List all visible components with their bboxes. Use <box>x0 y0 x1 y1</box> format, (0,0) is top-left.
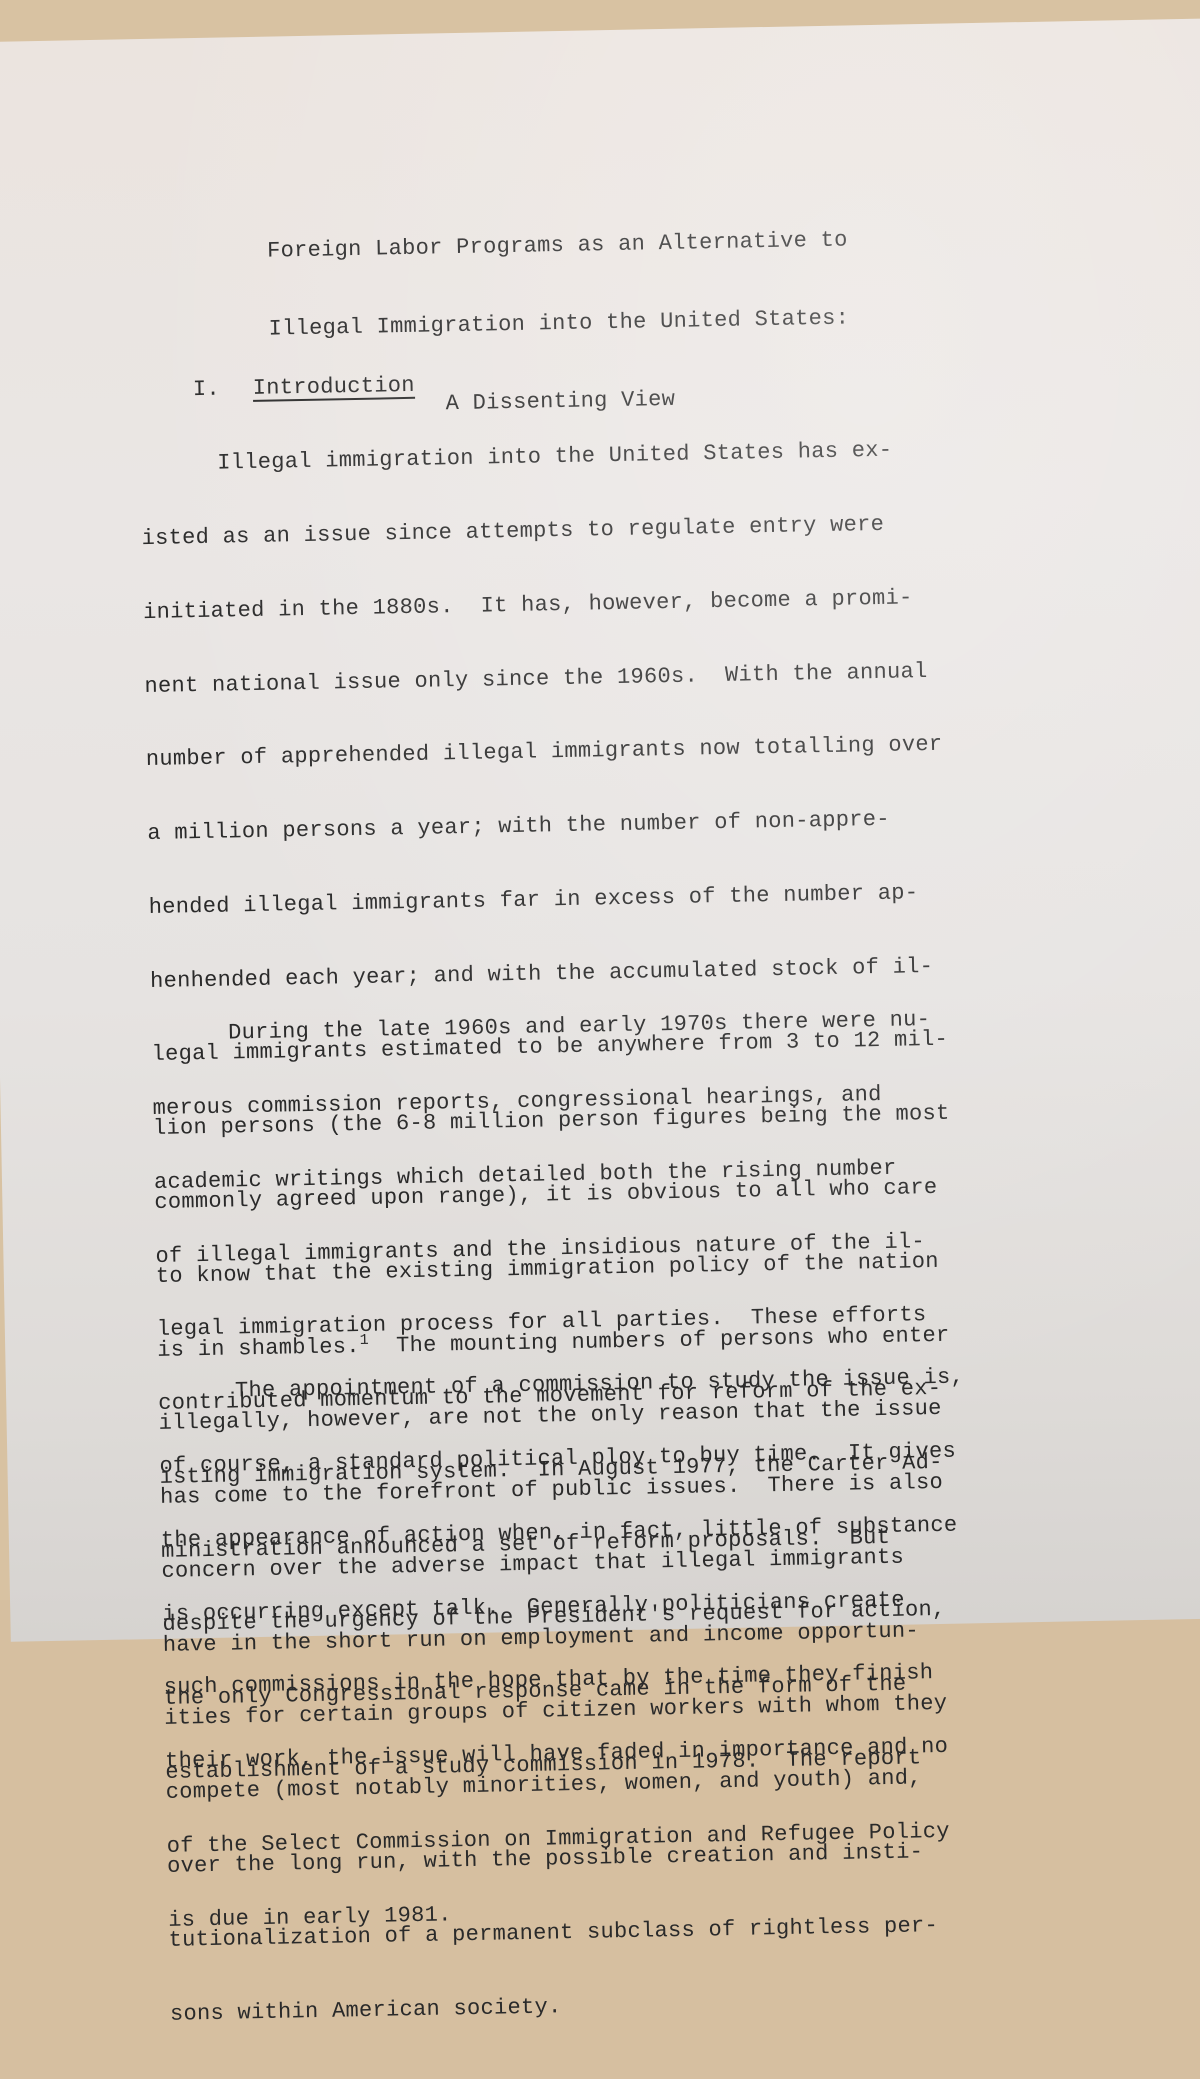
section-title: Introduction <box>253 373 415 401</box>
text-line: isted as an issue since attempts to regu… <box>141 512 938 552</box>
text-line: During the late 1960s and early 1970s th… <box>151 1008 934 1048</box>
text-line: of illegal immigrants and the insidious … <box>155 1229 938 1269</box>
text-line: number of apprehended illegal immigrants… <box>146 733 943 773</box>
text-line: Illegal immigration into the United Stat… <box>140 438 937 478</box>
document-page: Foreign Labor Programs as an Alternative… <box>0 18 1200 1600</box>
title-line-2: Illegal Immigration into the United Stat… <box>268 305 849 342</box>
text-line: a million persons a year; with the numbe… <box>147 807 944 847</box>
section-number: I. <box>193 376 253 403</box>
paragraph-3: The appointment of a commission to study… <box>157 1316 972 1600</box>
text-line: The appointment of a commission to study… <box>158 1366 964 1406</box>
text-line: academic writings which detailed both th… <box>154 1156 937 1196</box>
title-line-1: Foreign Labor Programs as an Alternative… <box>267 227 848 264</box>
text-line: is occurring except talk. Generally poli… <box>162 1587 968 1600</box>
text-line: merous commission reports, congressional… <box>152 1082 935 1122</box>
text-line: of course, a standard political ploy to … <box>159 1439 965 1479</box>
text-line: nent national issue only since the 1960s… <box>144 659 941 699</box>
text-line: the appearance of action when, in fact, … <box>161 1513 967 1553</box>
text-line: initiated in the 1880s. It has, however,… <box>143 586 940 626</box>
text-line: hended illegal immigrants far in excess … <box>149 881 946 921</box>
